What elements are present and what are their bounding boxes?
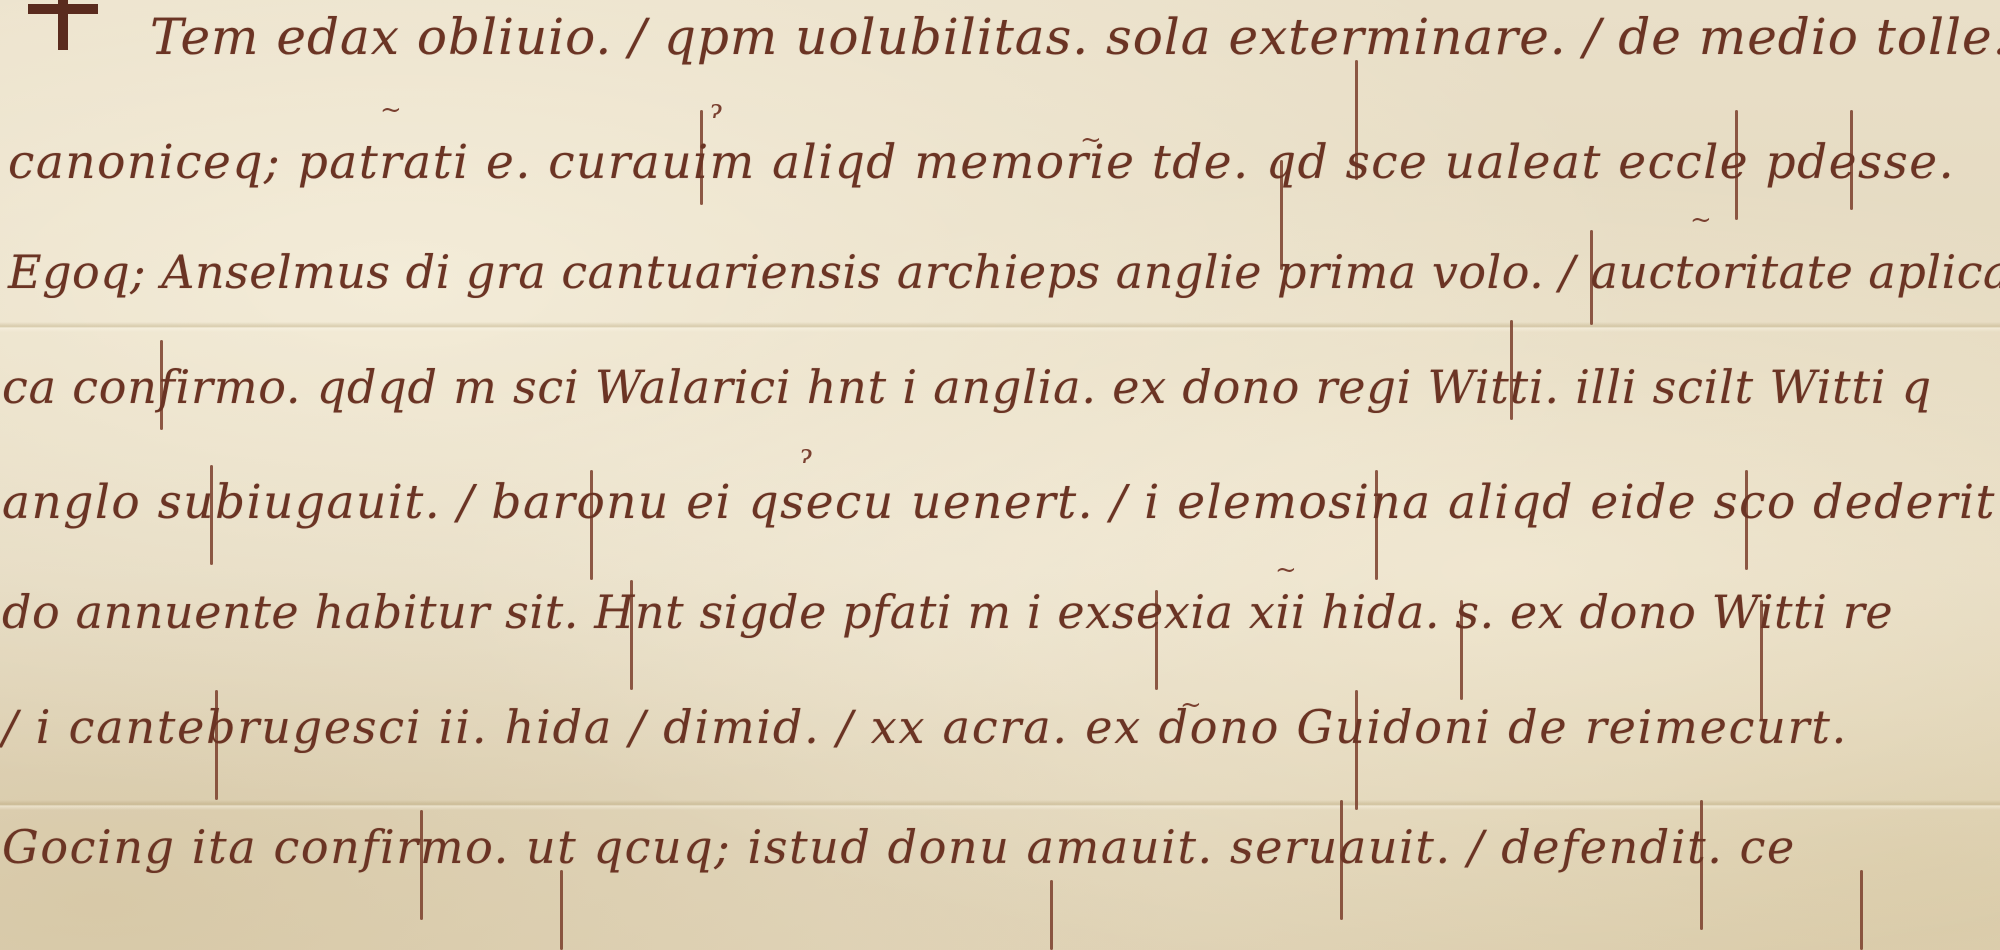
charter-line-8: Gocing ita confirmo. ut qcuq; istud donu… (2, 820, 1796, 874)
charter-line-3: Egoq; Anselmus di gra cantuariensis arch… (8, 245, 2000, 299)
charter-line-7: / i cantebrugesci ii. hida / dimid. / xx… (2, 700, 1848, 754)
charter-line-2: canoniceq; patrati e. curauim aliqd memo… (8, 135, 1955, 190)
abbreviation-mark: ɂ (710, 95, 722, 125)
charter-line-1: Tem edax obliuio. / qpm uolubilitas. sol… (150, 8, 2000, 66)
charter-line-5: anglo subiugauit. / baronu ei qsecu uene… (2, 475, 1996, 530)
cross-icon (28, 0, 98, 52)
abbreviation-mark: ~ (1275, 555, 1297, 585)
abbreviation-mark: ~ (1690, 205, 1712, 235)
parchment-document: ~ ɂ ~ ~ ɂ ~ ~ Tem edax obliuio. / qpm uo… (0, 0, 2000, 950)
abbreviation-mark: ~ (380, 95, 402, 125)
charter-line-6: do annuente habitur sit. Hnt sigde pfati… (2, 585, 1893, 639)
ascender-stroke (560, 870, 563, 950)
abbreviation-mark: ɂ (800, 440, 812, 470)
ascender-stroke (1050, 880, 1053, 950)
cross-stem (58, 0, 68, 50)
ascender-stroke (1860, 870, 1863, 950)
fold-crease (0, 322, 2000, 332)
charter-line-4: ca confirmo. qdqd m sci Walarici hnt i a… (2, 360, 1932, 414)
